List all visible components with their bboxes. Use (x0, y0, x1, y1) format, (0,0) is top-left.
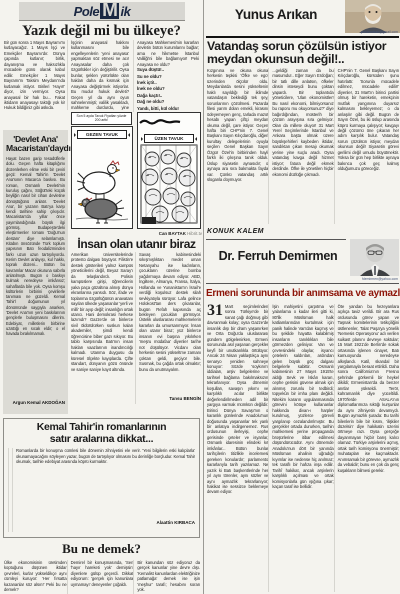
rhyme-line: Yandı, bitti, kül oldu! (137, 106, 199, 112)
author-signature: Alaattin KIRBACA (16, 520, 195, 525)
cartoon-outlet: Hibrit.tv (187, 231, 202, 236)
devlet-ana-body: Hayat bazen garip tesadüflerle dolu. Geç… (6, 156, 65, 398)
columnist-photo-arikan (345, 0, 400, 33)
guest-column-label: KONUK KALEM (207, 228, 264, 235)
yazik-column-1: Bir gün sonra 1 Mayıs Bayramı'nı kutlaya… (4, 40, 65, 128)
vatandas-column-1: Kızgınına ve okuna okuna herkesin tepkis… (207, 68, 268, 224)
caged-chickens-drawing (138, 143, 200, 231)
cartoon-banner-left: GEZEN TAVUK (77, 130, 127, 139)
ermeni-column-1: 31 Mart seçimlerinden sonra Türkiye'de b… (207, 304, 268, 592)
vatandas-column-2: ...geldiği zaman da bu masumdu!.. Eğer S… (268, 68, 333, 224)
kemal-column-3: Romanlarda bir konuşma cümlesi bile döne… (12, 448, 195, 532)
article-title-vatandas: Vatandaş sorun çözülsün istiyor meydan o… (207, 40, 399, 67)
header-rule (206, 36, 399, 38)
devlet-ana-box: 'Devlet Ana' Macaristan'daydı Hayat baze… (3, 130, 68, 414)
guest-rule-bottom (206, 283, 399, 284)
utanir-column-2: Savaş kabinesindeki sıkışmışlıktan medet… (135, 252, 201, 404)
columnist-name-arikan: Yunus Arıkan (210, 7, 342, 22)
guest-rule-top (206, 239, 346, 240)
guest-author-name: Dr. Ferruh Demirmen (212, 249, 344, 263)
section-logo-band: Pole M ik (19, 2, 185, 21)
ermeni-columns: 31 Mart seçimlerinden sonra Türkiye'de b… (207, 304, 399, 592)
cartoon-banner-right: ÜZEN TAVUK (144, 134, 194, 143)
bune-column-3: Bir kanundan söz ediyoruz da gerçek kanu… (133, 560, 200, 594)
cartoon-panel-right: ÜZEN TAVUK (137, 112, 201, 229)
article-title-utanir: İnsan olan utanır biraz (71, 237, 202, 251)
yazik-column-3: Anayasa Mahkemesi'nin kararları devletin… (133, 40, 199, 112)
cartoon-panel-left: GEZEN TAVUK (71, 126, 133, 229)
author-signature: Argun Kemal AKDOĞAN (6, 400, 65, 405)
yazik-col3-intro: Anayasa Mahkemesi'nin kararları devletin… (137, 40, 199, 67)
logo-text-pre: Pole (74, 4, 99, 19)
yazik-column-2: İşçinin anayasal hakkını kullanmasını bi… (67, 40, 129, 110)
logo-m-icon: M (100, 3, 119, 19)
guest-author-email[interactable]: fdemirmen@yahoo.com (260, 277, 398, 281)
author-signature: Tansu BENGİN (139, 396, 201, 401)
vatandas-columns: Kızgınına ve okuna okuna herkesin tepkis… (207, 68, 399, 224)
article-title-kemal: Kemal Tahir'in romanlarının satır aralar… (8, 422, 195, 445)
chickens-drawing (72, 139, 132, 225)
section-divider (203, 0, 204, 594)
bune-column-1: Ülke ekonomisinin üretimden koptuğunu dü… (4, 560, 67, 594)
cartoon-credit: Can BAYTAK Hibrit.tv (71, 231, 202, 236)
cartoon-caption: Son 5 ayda Tavuk Fiyatları yüzde 200 art… (71, 112, 132, 125)
vatandas-column-3: CHP'nin 7. Genel Başkanı Sayın Kılıçdaro… (334, 68, 399, 224)
kemal-columns: Tarih her zaman bir 'hafızayı tazeleme' … (8, 448, 195, 532)
article-title-ermeni: Ermeni sorununda bir anımsama ve aymazlı… (206, 288, 400, 299)
bune-column-2: Demirel bir konuşmasında, 'Sen 'hayır ha… (67, 560, 134, 594)
ermeni-column-3: Öte yandan bu hezeyanlara açıkça taviz v… (334, 304, 399, 592)
cartoonist-name: Can BAYTAK (159, 231, 186, 236)
guest-author-photo (350, 239, 399, 276)
utanir-column-1: Amerikan üniversitelerinde protesto dalg… (71, 252, 133, 404)
ermeni-column-2: İşin mahiyetini çarpıtma ve yalanlama o … (268, 304, 333, 592)
kemal-tahir-box: Kemal Tahir'in romanlarının satır aralar… (3, 418, 200, 538)
columnist-email-arikan[interactable]: yunusarikan@gmail.com (260, 30, 398, 34)
newspaper-page: Pole M ik Yazık değil mi bu ülkeye? Bir … (0, 0, 400, 594)
scribble-title (138, 118, 182, 126)
editorial-cartoon: Son 5 ayda Tavuk Fiyatları yüzde 200 art… (71, 112, 202, 230)
drop-cap: 31 (207, 304, 223, 317)
bune-columns: Ülke ekonomisinin üretimden koptuğunu dü… (4, 560, 200, 594)
devlet-ana-title: 'Devlet Ana' Macaristan'daydı (6, 135, 65, 153)
article-title-yazik: Yazık değil mi bu ülkeye? (0, 23, 203, 40)
logo-text-post: ik (120, 4, 130, 19)
article-title-bune: Bu ne demek? (0, 541, 203, 557)
polemik-logo: Pole M ik (74, 3, 131, 19)
